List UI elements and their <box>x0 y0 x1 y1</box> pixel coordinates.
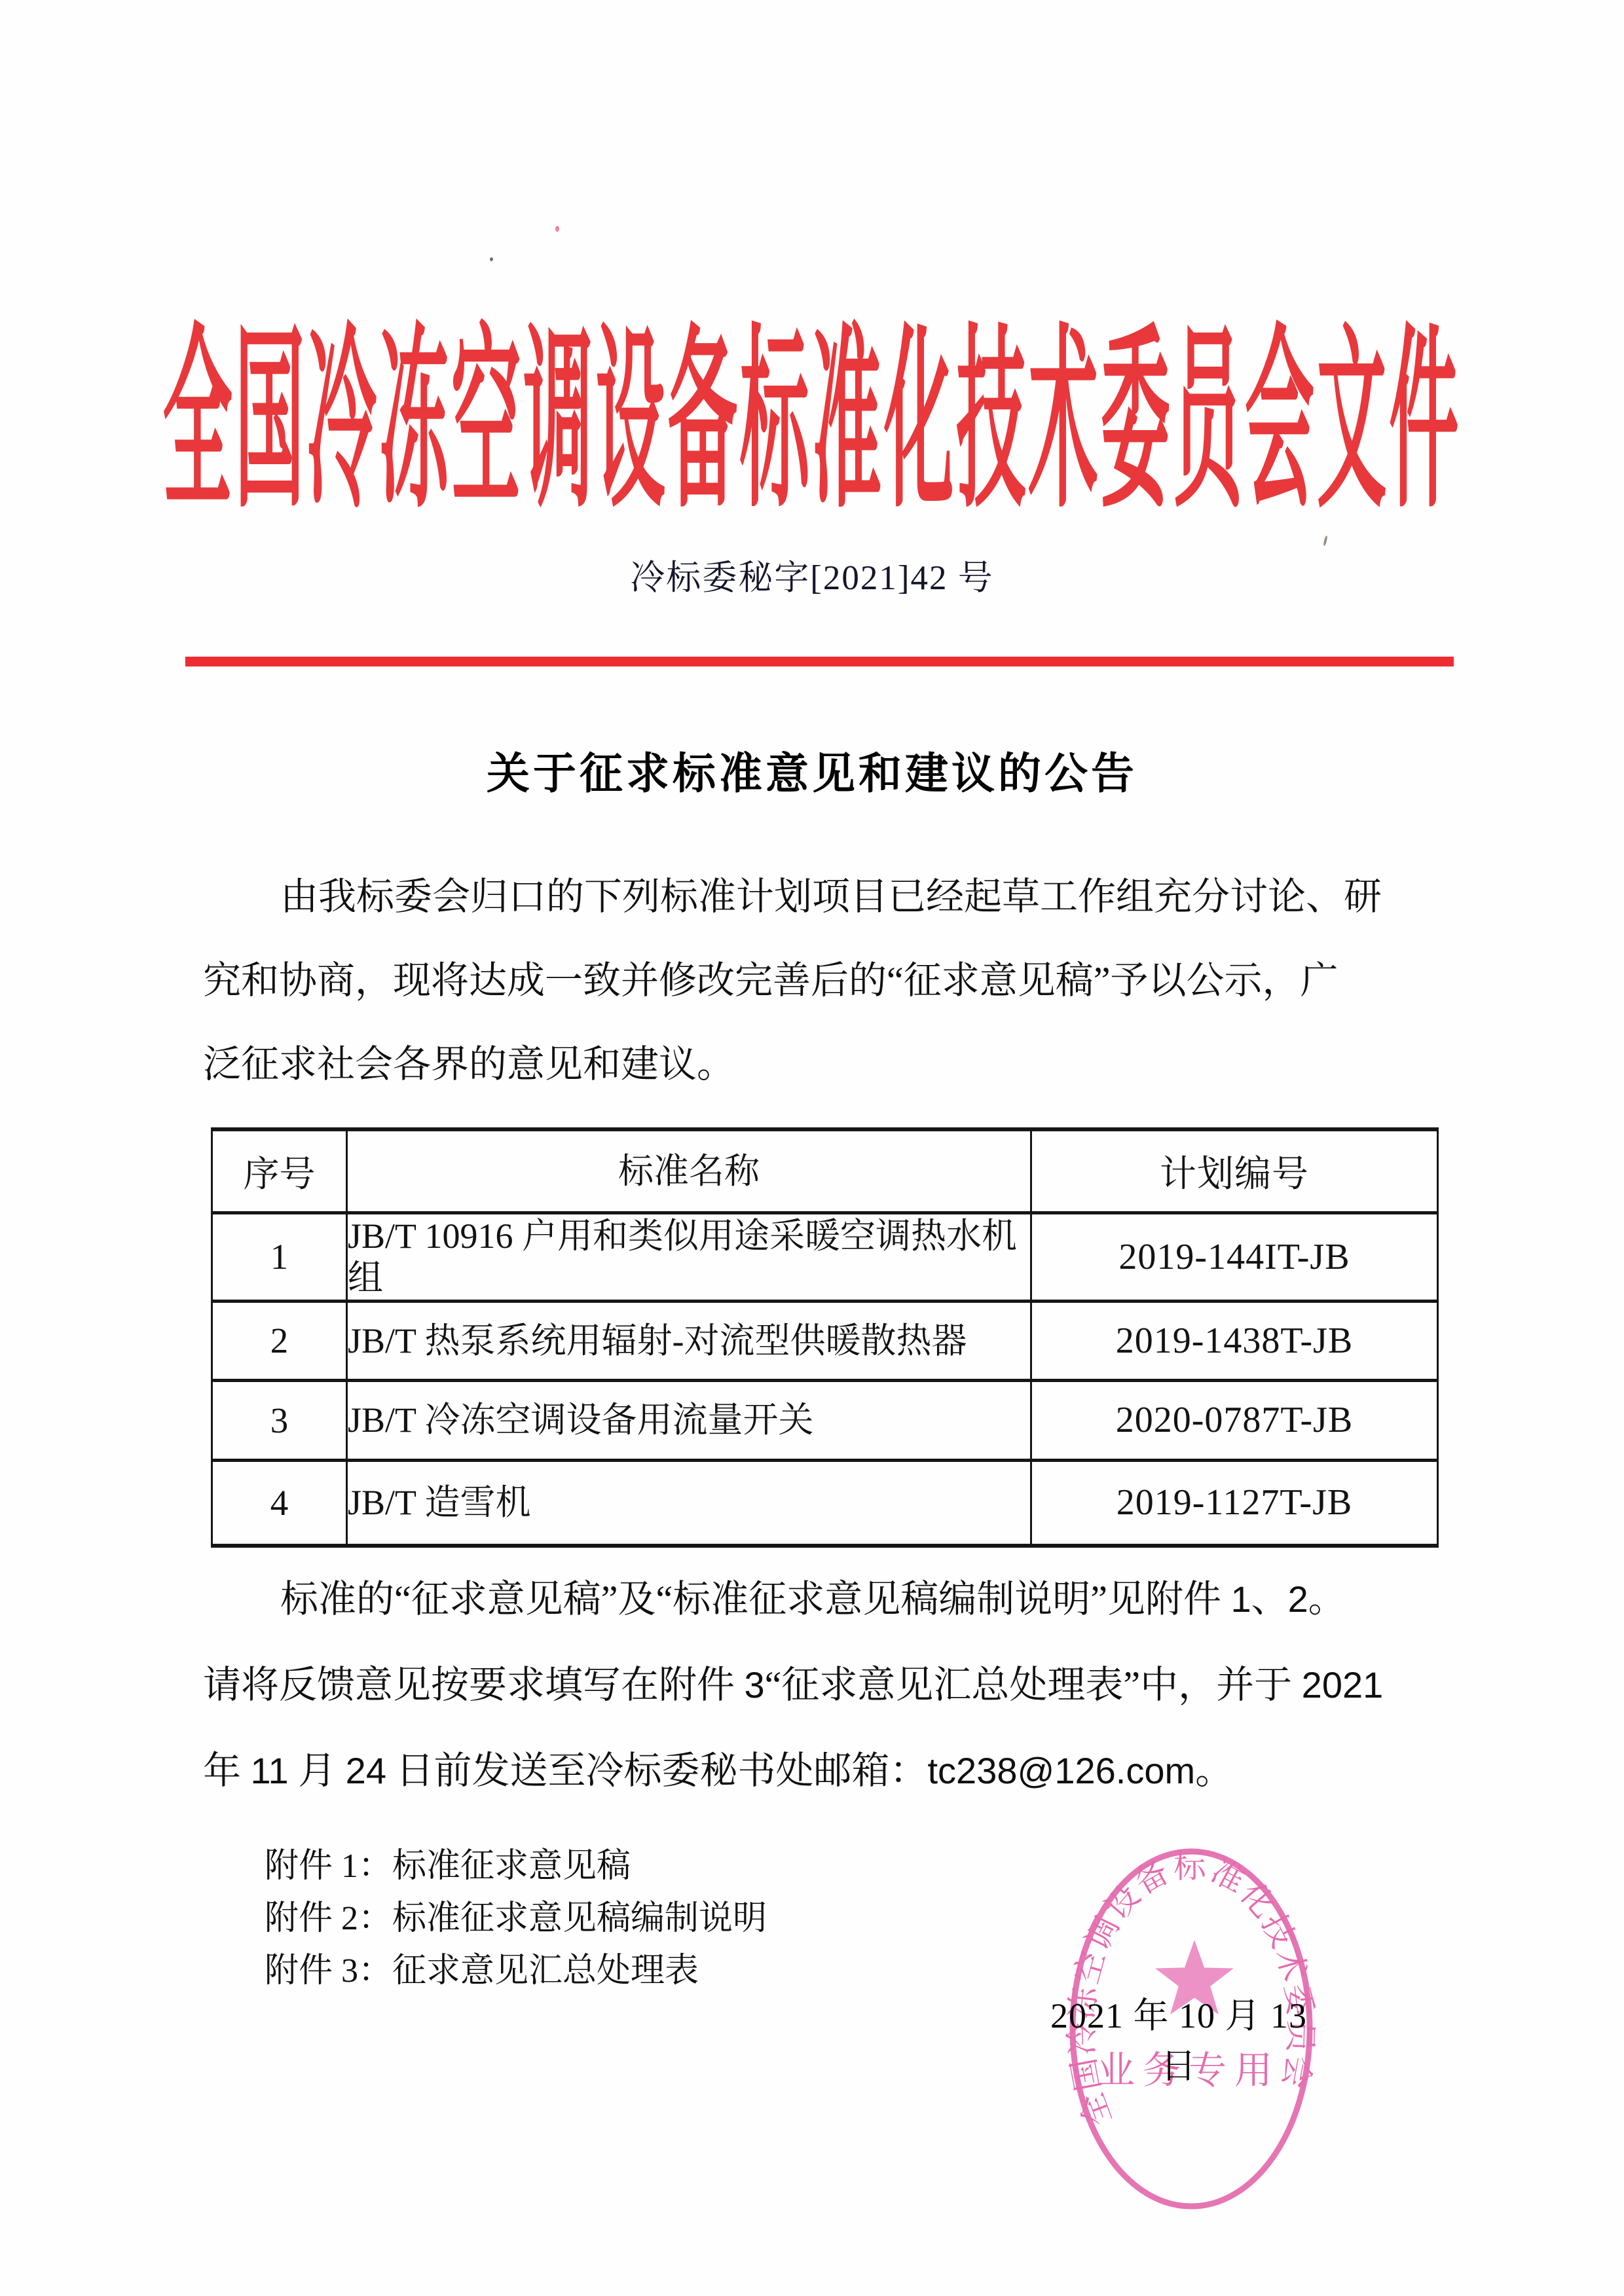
scan-speck-dark <box>490 257 493 261</box>
text-segment: 日前发送至冷标委秘书处邮箱： <box>386 1749 928 1792</box>
feedback-line-2: 请将反馈意见按要求填写在附件 3“征求意见汇总处理表”中，并于 2021 <box>203 1642 1426 1728</box>
cell-no: 2 <box>212 1301 347 1380</box>
text-segment: 24 <box>346 1750 386 1791</box>
intro-line-3: 泛征求社会各界的意见和建议。 <box>203 1023 1426 1106</box>
cell-standard-name: JB/T 10916 户用和类似用途采暖空调热水机组 <box>347 1212 1031 1301</box>
feedback-line-3: 年 11 月 24 日前发送至冷标委秘书处邮箱：tc238@126.com。 <box>203 1728 1426 1813</box>
attachment-item-3: 附件 3：征求意见汇总处理表 <box>265 1945 767 1997</box>
table-row: 2 JB/T 热泵系统用辐射-对流型供暖散热器 2019-1438T-JB <box>212 1301 1438 1380</box>
attachment-item-1: 附件 1：标准征求意见稿 <box>265 1840 767 1893</box>
cell-no: 1 <box>212 1212 347 1301</box>
intro-paragraph: 由我标委会归口的下列标准计划项目已经起草工作组充分讨论、研 究和协商，现将达成一… <box>203 855 1426 1106</box>
standards-table: 序号 标准名称 计划编号 1 JB/T 10916 户用和类似用途采暖空调热水机… <box>211 1127 1439 1548</box>
cell-standard-name: JB/T 热泵系统用辐射-对流型供暖散热器 <box>347 1301 1031 1380</box>
attachment-list: 附件 1：标准征求意见稿 附件 2：标准征求意见稿编制说明 附件 3：征求意见汇… <box>265 1840 767 1997</box>
table-header-row: 序号 标准名称 计划编号 <box>212 1129 1438 1212</box>
text-segment: 年 <box>203 1749 251 1792</box>
cell-plan-number: 2019-1438T-JB <box>1031 1301 1438 1380</box>
official-document-page: 全国冷冻空调设备标准化技术委员会文件 冷标委秘字[2021]42 号 关于征求标… <box>0 0 1624 2296</box>
cell-no: 3 <box>212 1380 347 1460</box>
scan-speck-pink <box>555 226 559 232</box>
text-segment: 。 <box>1195 1749 1233 1792</box>
text-segment: 月 <box>289 1749 346 1792</box>
feedback-paragraph: 标准的“征求意见稿”及“标准征求意见稿编制说明”见附件 1、2。 请将反馈意见按… <box>203 1556 1426 1813</box>
issue-date: 2021 年 10 月 13 日 <box>1028 1988 1329 2088</box>
doc-reference-number: 冷标委秘字[2021]42 号 <box>0 550 1624 600</box>
cell-plan-number: 2020-0787T-JB <box>1031 1380 1438 1460</box>
table-row: 4 JB/T 造雪机 2019-1127T-JB <box>212 1460 1438 1546</box>
intro-line-2: 究和协商，现将达成一致并修改完善后的“征求意见稿”予以公示，广 <box>203 939 1426 1023</box>
col-header-plan: 计划编号 <box>1031 1129 1438 1212</box>
table-row: 3 JB/T 冷冻空调设备用流量开关 2020-0787T-JB <box>212 1380 1438 1460</box>
cell-standard-name: JB/T 冷冻空调设备用流量开关 <box>347 1380 1031 1460</box>
cell-standard-name: JB/T 造雪机 <box>347 1460 1031 1546</box>
table-row: 1 JB/T 10916 户用和类似用途采暖空调热水机组 2019-144IT-… <box>212 1212 1438 1301</box>
text-segment: 请将反馈意见按要求填写在附件 <box>203 1664 745 1706</box>
text-segment: “征求意见汇总处理表”中，并于 <box>765 1664 1302 1706</box>
col-header-no: 序号 <box>212 1129 347 1212</box>
text-segment: 标准的“征求意见稿”及“标准征求意见稿编制说明”见附件 <box>280 1578 1230 1620</box>
letterhead-org-title: 全国冷冻空调设备标准化技术委员会文件 <box>163 262 1462 545</box>
text-segment: 1、2。 <box>1230 1578 1344 1620</box>
email-address: tc238@126.com <box>927 1750 1195 1791</box>
text-segment: 3 <box>745 1664 765 1705</box>
intro-line-1: 由我标委会归口的下列标准计划项目已经起草工作组充分讨论、研 <box>203 855 1426 939</box>
letterhead: 全国冷冻空调设备标准化技术委员会文件 <box>0 293 1624 513</box>
announcement-title: 关于征求标准意见和建议的公告 <box>0 738 1624 801</box>
cell-plan-number: 2019-144IT-JB <box>1031 1212 1438 1301</box>
cell-plan-number: 2019-1127T-JB <box>1031 1460 1438 1546</box>
red-divider-line <box>185 657 1454 666</box>
text-segment: 11 <box>251 1750 289 1791</box>
cell-no: 4 <box>212 1460 347 1546</box>
attachment-item-2: 附件 2：标准征求意见稿编制说明 <box>265 1893 767 1945</box>
text-segment: 2021 <box>1302 1664 1384 1705</box>
feedback-line-1: 标准的“征求意见稿”及“标准征求意见稿编制说明”见附件 1、2。 <box>203 1556 1426 1642</box>
col-header-name: 标准名称 <box>347 1129 1031 1212</box>
